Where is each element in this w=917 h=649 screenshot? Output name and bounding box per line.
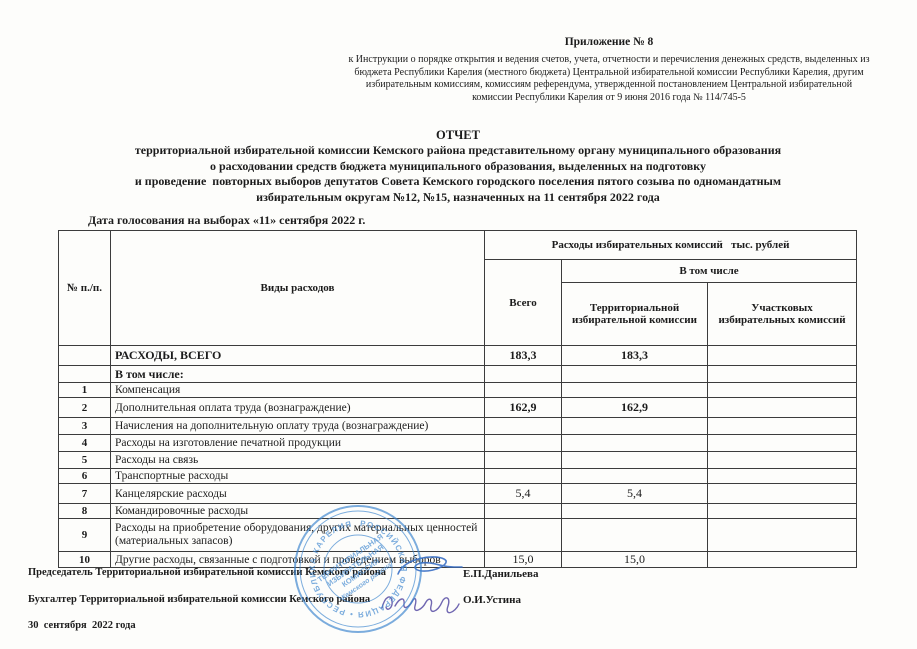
header-col-num: № п./п.: [59, 231, 111, 346]
table-row: 10 Другие расходы, связанные с подготовк…: [59, 552, 857, 568]
appendix-line: комиссии Республики Карелия от 9 июня 20…: [300, 92, 917, 105]
table-row: 1 Компенсация: [59, 383, 857, 398]
vote-date-line: Дата голосования на выборах «11» сентябр…: [88, 213, 365, 228]
chairman-label: Председатель Территориальной избирательн…: [28, 567, 386, 578]
report-title-line: ОТЧЕТ: [38, 128, 878, 143]
table-row: 2 Дополнительная оплата труда (вознаграж…: [59, 398, 857, 418]
accountant-name: О.И.Устина: [463, 594, 521, 606]
appendix-line: бюджета Республики Карелия (местного бюд…: [300, 67, 917, 80]
table-row: 5 Расходы на связь: [59, 452, 857, 469]
appendix-line: избирательным комиссиям, комиссиям рефер…: [300, 79, 917, 92]
accountant-label: Бухгалтер Территориальной избирательной …: [28, 594, 370, 605]
table-row: В том числе:: [59, 366, 857, 383]
table-row-total: РАСХОДЫ, ВСЕГО 183,3 183,3: [59, 346, 857, 366]
document-date: 30 сентября 2022 года: [28, 620, 136, 631]
report-title-line: избирательным округам №12, №15, назначен…: [38, 190, 878, 205]
table-row: 7 Канцелярские расходы 5,4 5,4: [59, 484, 857, 504]
expenses-table: № п./п. Виды расходов Расходы избиратель…: [58, 230, 857, 568]
report-page: Приложение № 8 к Инструкции о порядке от…: [0, 0, 917, 649]
appendix-title: Приложение № 8: [300, 36, 917, 48]
report-title-line: территориальной избирательной комиссии К…: [38, 143, 878, 158]
table-row: 3 Начисления на дополнительную оплату тр…: [59, 418, 857, 435]
header-group: Расходы избирательных комиссий тыс. рубл…: [485, 231, 857, 260]
header-col-tik: Территориальной избирательной комиссии: [562, 283, 708, 346]
appendix-line: к Инструкции о порядке открытия и ведени…: [300, 54, 917, 67]
header-col-uik: Участковых избирательных комиссий: [708, 283, 857, 346]
header-col-types: Виды расходов: [111, 231, 485, 346]
accountant-signature-ink: [378, 586, 462, 616]
header-subgroup: В том числе: [562, 260, 857, 283]
appendix-block: Приложение № 8 к Инструкции о порядке от…: [300, 36, 917, 104]
report-title: ОТЧЕТ территориальной избирательной коми…: [38, 128, 878, 205]
report-title-line: о расходовании средств бюджета муниципал…: [38, 159, 878, 174]
chairman-name: Е.П.Данильева: [463, 568, 538, 580]
table-row: 6 Транспортные расходы: [59, 469, 857, 484]
header-col-total: Всего: [485, 260, 562, 346]
table-row: 8 Командировочные расходы: [59, 504, 857, 519]
table-row: 9 Расходы на приобретение оборудования, …: [59, 519, 857, 552]
report-title-line: и проведение повторных выборов депутатов…: [38, 174, 878, 189]
table-row: 4 Расходы на изготовление печатной проду…: [59, 435, 857, 452]
